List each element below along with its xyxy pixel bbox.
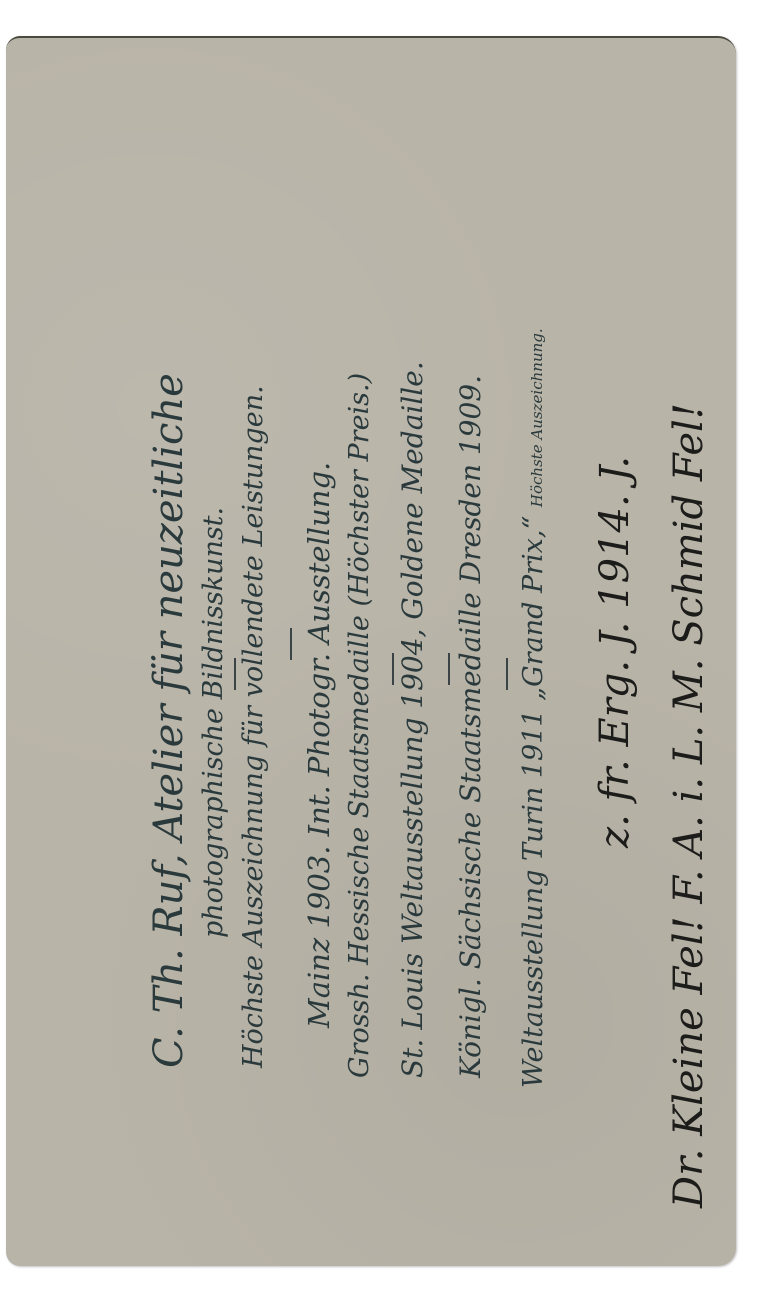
photo-card-back: C. Th. Ruf, Atelier für neuzeitliche pho… — [6, 36, 736, 1266]
printed-studio-name: C. Th. Ruf, Atelier für neuzeitliche — [146, 373, 192, 1068]
printed-award-dresden: Königl. Sächsische Staatsmedaille Dresde… — [454, 375, 487, 1078]
printed-award-heading: Höchste Auszeichnung für vollendete Leis… — [238, 385, 269, 1068]
handwritten-note-line2: z. fr. Erg. J. 1914. J. — [592, 456, 638, 848]
divider-rule — [506, 658, 508, 690]
printed-award-turin-main: Weltausstellung Turin 1911 „Grand Prix,“ — [518, 516, 549, 1088]
printed-award-mainz: Mainz 1903. Int. Photogr. Ausstellung. — [302, 462, 336, 1028]
printed-studio-subtitle: photographische Bildnisskunst. — [198, 507, 229, 938]
divider-rule — [392, 653, 394, 685]
printed-award-hessen: Grossh. Hessische Staatsmedaille (Höchst… — [344, 373, 375, 1078]
printed-award-turin-note: Höchste Auszeichnung. — [528, 328, 546, 507]
divider-rule — [448, 653, 450, 685]
divider-rule — [290, 628, 292, 660]
printed-award-turin: Weltausstellung Turin 1911 „Grand Prix,“… — [518, 328, 549, 1088]
divider-rule — [234, 658, 236, 690]
handwritten-note-line1: Dr. Kleine Fel! F. A. i. L. M. Schmid Fe… — [666, 403, 712, 1208]
printed-award-st-louis: St. Louis Weltausstellung 1904, Goldene … — [396, 361, 429, 1078]
